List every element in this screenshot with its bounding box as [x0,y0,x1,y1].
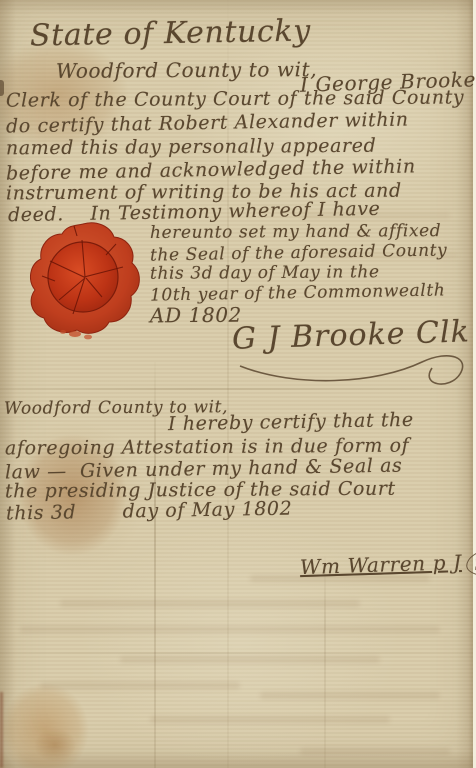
bleed-through-mark [260,692,440,699]
fold-crease [154,362,156,768]
bleed-through-mark [150,716,390,723]
page-heading: State of Kentucky [30,14,311,54]
testimony-line: hereunto set my hand & affixed [150,221,441,243]
bleed-through-mark [120,656,380,663]
testimony-line: 10th year of the Commonwealth [150,280,446,305]
signature-flourish [236,348,474,394]
justice-signature-name: Wm Warren p J [300,550,462,579]
bleed-through-mark [300,748,450,755]
certification-line: named this day personally appeared [6,135,376,160]
paper-edge-mark [0,692,3,768]
bleed-through-mark [40,682,240,689]
date-line: AD 1802 [150,303,242,328]
justice-signature: Wm Warren p JSeal [271,522,476,607]
document-page: State of Kentucky Woodford County to wit… [0,0,476,768]
certification-line: do certify that Robert Alexander within [6,108,409,137]
bleed-through-mark [20,626,440,633]
county-clause: Woodford County to wit, [56,57,317,83]
paper-edge-mark [0,80,4,96]
seal-label: Seal [464,543,476,579]
certification-line: this 3d day of May 1802 [6,498,293,525]
certification-opening: I hereby certify that the [168,409,414,435]
testimony-line: this 3d day of May in the [150,262,380,284]
wax-seal [30,220,140,344]
fold-crease [0,652,476,654]
